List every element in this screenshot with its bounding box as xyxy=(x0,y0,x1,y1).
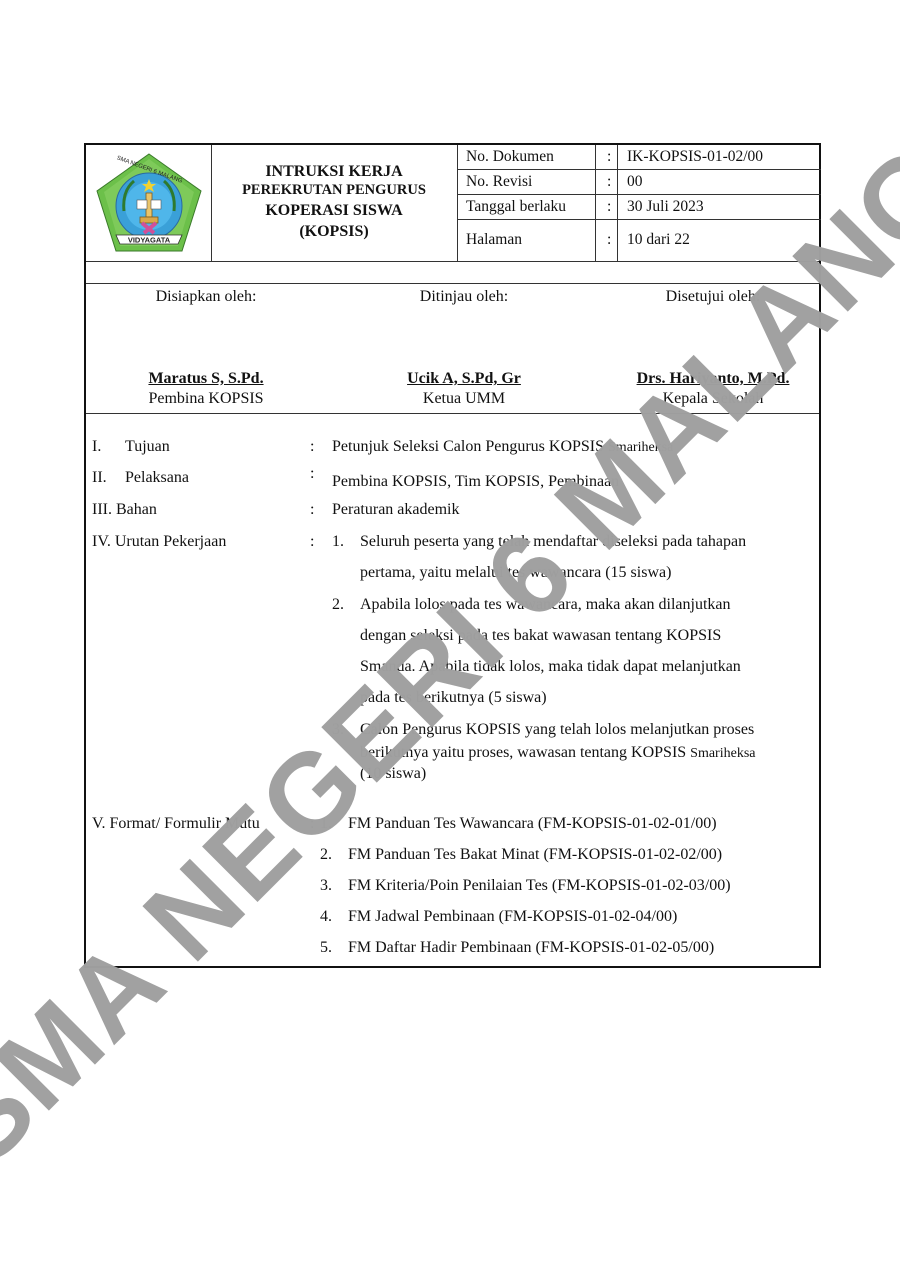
title-line-1: INTRUKSI KERJA xyxy=(211,162,457,181)
step-text: (10 siswa) xyxy=(360,765,426,783)
section-label: IV. Urutan Pekerjaan xyxy=(92,533,226,551)
item-text: FM Panduan Tes Wawancara (FM-KOPSIS-01-0… xyxy=(348,815,717,833)
meta-label: Halaman xyxy=(466,231,522,249)
colon: : xyxy=(310,815,314,833)
step-text: pada tes berikutnya (5 siswa) xyxy=(360,689,547,707)
meta-row-no-dokumen: No. Dokumen : IK-KOPSIS-01-02/00 xyxy=(457,145,821,170)
step-text: pertama, yaitu melalui tes wawancara (15… xyxy=(360,564,671,582)
value-small-text: Smariheksa xyxy=(608,440,673,455)
item-text: FM Panduan Tes Bakat Minat (FM-KOPSIS-01… xyxy=(348,846,722,864)
step-number: 1. xyxy=(332,533,344,551)
signature-block: Disiapkan oleh: Maratus S, S.Pd. Pembina… xyxy=(86,284,819,414)
meta-row-tanggal-berlaku: Tanggal berlaku : 30 Juli 2023 xyxy=(457,195,821,220)
section-label: Tujuan xyxy=(125,438,170,456)
spacer-row xyxy=(86,261,819,284)
document-header: VIDYAGATA SMA NEGERI 6 MALANG INTRUKSI K… xyxy=(86,145,819,262)
item-number: 2. xyxy=(320,846,332,864)
step-text: dengan seleksi pada tes bakat wawasan te… xyxy=(360,627,721,645)
meta-colon: : xyxy=(607,231,611,249)
meta-row-halaman: Halaman : 10 dari 22 xyxy=(457,220,821,261)
step-text-part: berikutnya yaitu proses, wawasan tentang… xyxy=(360,744,686,761)
item-text: FM Jadwal Pembinaan (FM-KOPSIS-01-02-04/… xyxy=(348,908,677,926)
title-line-4: (KOPSIS) xyxy=(211,221,457,242)
meta-value: 30 Juli 2023 xyxy=(627,198,704,216)
section-label: V. Format/ Formulir Mutu xyxy=(92,815,260,833)
item-number: 5. xyxy=(320,939,332,957)
colon: : xyxy=(310,465,314,483)
item-number: 4. xyxy=(320,908,332,926)
colon: : xyxy=(310,533,314,551)
meta-label: No. Dokumen xyxy=(466,148,554,166)
step-text: Apabila lolos pada tes wawancara, maka a… xyxy=(360,596,731,614)
meta-row-no-revisi: No. Revisi : 00 xyxy=(457,170,821,195)
title-line-3: KOPERASI SISWA xyxy=(211,200,457,221)
item-text: FM Daftar Hadir Pembinaan (FM-KOPSIS-01-… xyxy=(348,939,714,957)
meta-colon: : xyxy=(607,198,611,216)
section-number: I. xyxy=(92,438,101,456)
document-title: INTRUKSI KERJA PEREKRUTAN PENGURUS KOPER… xyxy=(211,145,458,261)
svg-text:VIDYAGATA: VIDYAGATA xyxy=(128,236,171,245)
logo-cell: VIDYAGATA SMA NEGERI 6 MALANG xyxy=(86,145,212,261)
signatory-position: Kepala Sekolah xyxy=(593,390,833,408)
item-text: FM Kriteria/Poin Penilaian Tes (FM-KOPSI… xyxy=(348,877,731,895)
signature-heading: Disetujui oleh: xyxy=(593,288,833,306)
signature-reviewed: Ditinjau oleh: Ucik A, S.Pd, Gr Ketua UM… xyxy=(344,284,584,306)
item-number: 1. xyxy=(320,815,332,833)
meta-colon: : xyxy=(607,148,611,166)
meta-label: Tanggal berlaku xyxy=(466,198,566,216)
section-value: Peraturan akademik xyxy=(332,501,460,519)
item-number: 3. xyxy=(320,877,332,895)
meta-colon: : xyxy=(607,173,611,191)
meta-value: IK-KOPSIS-01-02/00 xyxy=(627,148,763,166)
signature-prepared: Disiapkan oleh: Maratus S, S.Pd. Pembina… xyxy=(86,284,326,306)
section-label: III. Bahan xyxy=(92,501,157,519)
school-crest-logo-icon: VIDYAGATA SMA NEGERI 6 MALANG xyxy=(94,151,204,255)
step-number: 3. xyxy=(332,721,344,739)
section-number: II. xyxy=(92,469,107,487)
signatory-position: Pembina KOPSIS xyxy=(86,390,326,408)
signatory-name: Maratus S, S.Pd. xyxy=(86,370,326,388)
step-text: Calon Pengurus KOPSIS yang telah lolos m… xyxy=(360,721,754,739)
colon: : xyxy=(310,438,314,456)
document-meta-table: No. Dokumen : IK-KOPSIS-01-02/00 No. Rev… xyxy=(457,145,821,261)
section-value: Pembina KOPSIS, Tim KOPSIS, Pembinaan xyxy=(332,473,619,491)
section-label: Pelaksana xyxy=(125,469,189,487)
step-number: 2. xyxy=(332,596,344,614)
colon: : xyxy=(310,501,314,519)
signatory-name: Drs. Hariyanto, M.Pd. xyxy=(593,370,833,388)
step-text: Seluruh peserta yang telah mendaftar dis… xyxy=(360,533,746,551)
meta-value: 10 dari 22 xyxy=(627,231,690,249)
signature-heading: Disiapkan oleh: xyxy=(86,288,326,306)
instruction-document: VIDYAGATA SMA NEGERI 6 MALANG INTRUKSI K… xyxy=(84,143,821,968)
section-value: Petunjuk Seleksi Calon Pengurus KOPSIS S… xyxy=(332,438,673,456)
step-text: Smanda. Apabila tidak lolos, maka tidak … xyxy=(360,658,741,676)
signatory-position: Ketua UMM xyxy=(344,390,584,408)
value-text: Petunjuk Seleksi Calon Pengurus KOPSIS xyxy=(332,438,604,455)
title-line-2: PEREKRUTAN PENGURUS xyxy=(211,181,457,200)
signature-approved: Disetujui oleh: Drs. Hariyanto, M.Pd. Ke… xyxy=(593,284,833,306)
signature-heading: Ditinjau oleh: xyxy=(344,288,584,306)
meta-value: 00 xyxy=(627,173,643,191)
step-text-small: Smariheksa xyxy=(690,746,755,761)
meta-label: No. Revisi xyxy=(466,173,532,191)
signatory-name: Ucik A, S.Pd, Gr xyxy=(344,370,584,388)
step-text: berikutnya yaitu proses, wawasan tentang… xyxy=(360,744,756,762)
